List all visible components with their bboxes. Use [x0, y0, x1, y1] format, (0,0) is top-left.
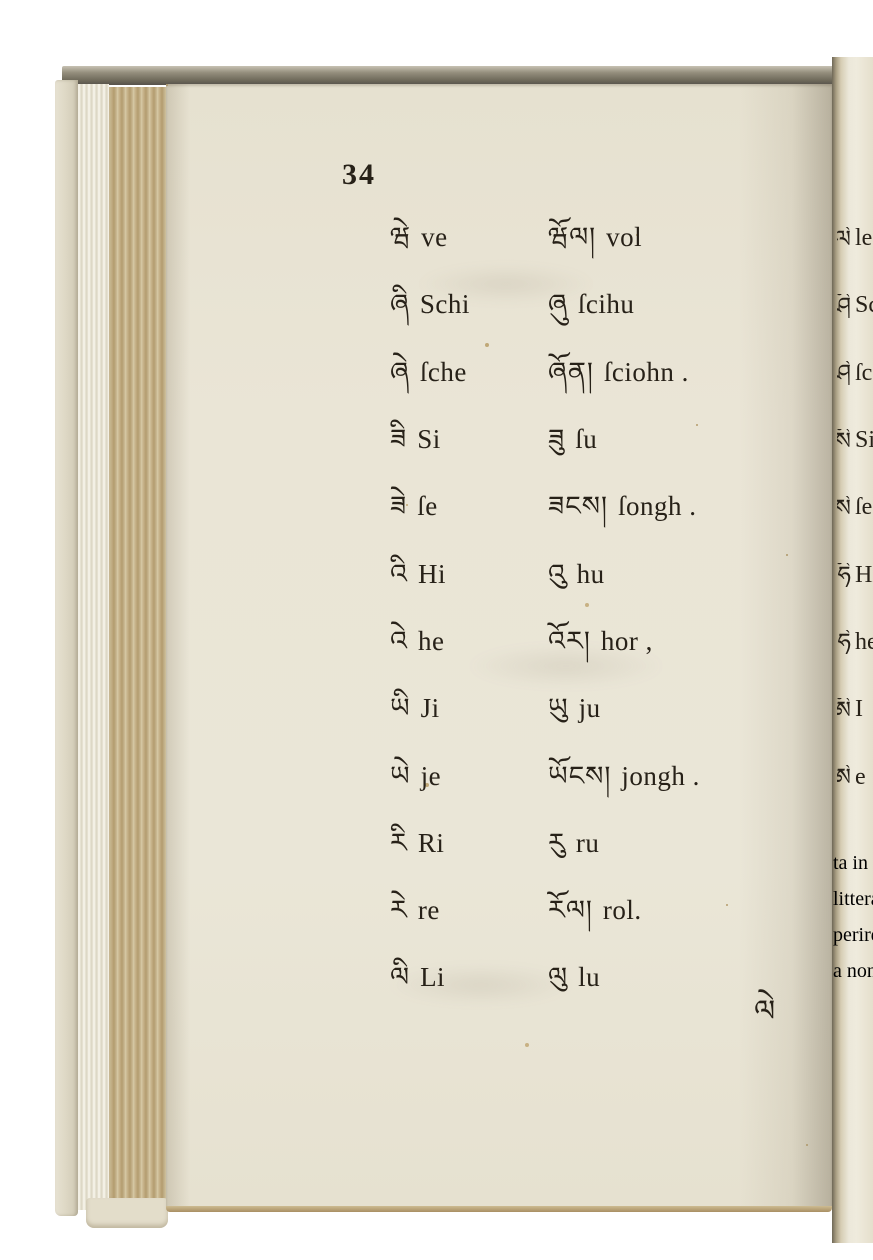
- latin-label: hu: [577, 559, 605, 590]
- book-page: 34 ཝེve ཝོལ།vol ཞིSchi ཞུſcihu ཞེſche ཞོ…: [166, 84, 832, 1208]
- latin-label: Sci: [855, 292, 873, 319]
- book-top-edge: [62, 66, 838, 85]
- latin-label: Schi: [420, 289, 470, 320]
- latin-label: le: [855, 225, 872, 252]
- latin-label: Si: [855, 427, 873, 454]
- tibetan-glyph: ལི: [390, 964, 410, 991]
- facing-row: ཤིSci: [837, 272, 873, 339]
- table-row: ཡེje ཡོངས།jongh .: [390, 742, 820, 809]
- tibetan-glyph: འུ: [548, 561, 567, 588]
- tibetan-glyph: ཟི: [390, 426, 407, 453]
- latin-label: Li: [420, 962, 445, 993]
- latin-label: ju: [579, 693, 601, 724]
- tibetan-glyph-fragment: ཤེ: [837, 361, 851, 385]
- tibetan-glyph: ལུ: [548, 964, 568, 991]
- tibetan-glyph: འོར།: [548, 628, 591, 655]
- latin-label: ſe: [855, 494, 872, 521]
- facing-page-rows: ལེle ཤིSci ཤེſce སིSi སེſe ཧིHi ཧེhe ཨིI…: [837, 205, 873, 811]
- table-row: འེhe འོར།hor ,: [390, 608, 820, 675]
- latin-label: ſongh .: [618, 491, 697, 522]
- latin-label: ſche: [420, 357, 467, 388]
- tibetan-glyph-fragment: སེ: [837, 496, 851, 520]
- latin-label: ſe: [417, 491, 438, 522]
- tibetan-glyph-fragment: ཨི: [837, 698, 851, 722]
- latin-label: jongh .: [621, 761, 700, 792]
- tibetan-glyph-fragment: ཨེ: [837, 765, 851, 789]
- table-row: ཟིSi ཟུſu: [390, 406, 820, 473]
- facing-row: སིSi: [837, 407, 873, 474]
- latin-label: ſce: [855, 360, 873, 387]
- latin-label: ſciohn .: [604, 357, 689, 388]
- tibetan-glyph: ཡེ: [390, 763, 411, 790]
- table-row: ཝེve ཝོལ།vol: [390, 204, 820, 271]
- text-fragment: a non: [833, 953, 873, 989]
- page-number: 34: [342, 158, 376, 192]
- inner-margin-shadow: [166, 84, 190, 1208]
- latin-label: ſcihu: [578, 289, 635, 320]
- latin-label: he: [855, 629, 873, 656]
- tibetan-glyph: ཟེ: [390, 493, 407, 520]
- tibetan-glyph-fragment: ཧེ: [837, 630, 851, 654]
- facing-page-text-fragments: ta in o litterae perire a non: [835, 845, 873, 989]
- latin-label: ve: [421, 222, 447, 253]
- tibetan-glyph-fragment: སི: [837, 429, 851, 453]
- latin-label: e: [855, 764, 866, 791]
- tibetan-glyph: ཝེ: [390, 224, 411, 251]
- tibetan-glyph: རི: [390, 830, 408, 857]
- table-row: ཞིSchi ཞུſcihu: [390, 271, 820, 338]
- latin-label: I: [855, 696, 863, 723]
- tibetan-glyph: ཞི: [390, 291, 410, 318]
- facing-row: ཧིHi: [837, 541, 873, 608]
- tibetan-glyph-fragment: ཤི: [837, 294, 851, 318]
- facing-row: སེſe: [837, 474, 873, 541]
- book-cover-edge: [55, 80, 78, 1216]
- tibetan-glyph: ཞོན།: [548, 359, 594, 386]
- latin-label: Ri: [418, 828, 445, 859]
- latin-label: ru: [576, 828, 600, 859]
- tibetan-glyph: ཡུ: [548, 695, 569, 722]
- page-block-edges: [78, 84, 109, 1210]
- table-row: རེre རོལ།rol.: [390, 877, 820, 944]
- tibetan-glyph: རུ: [548, 830, 566, 857]
- latin-label: Ji: [421, 693, 440, 724]
- facing-page-strip: ལེle ཤིSci ཤེſce སིSi སེſe ཧིHi ཧེhe ཨིI…: [832, 57, 873, 1243]
- tibetan-glyph: ཞུ: [548, 291, 568, 318]
- facing-row: ཧེhe: [837, 609, 873, 676]
- tibetan-glyph: རེ: [390, 897, 408, 924]
- latin-label: hor ,: [601, 626, 653, 657]
- text-fragment: perire: [833, 917, 873, 953]
- latin-label: vol: [606, 222, 642, 253]
- latin-label: je: [421, 761, 442, 792]
- table-row: ཡིJi ཡུju: [390, 675, 820, 742]
- latin-label: Hi: [855, 562, 873, 589]
- page-block-edges-tan: [109, 87, 167, 1207]
- catchword-glyph: ལེ: [754, 978, 775, 1062]
- page-bottom-edge: [166, 1206, 832, 1212]
- latin-label: Hi: [418, 559, 446, 590]
- facing-row: ལེle: [837, 205, 873, 272]
- tibetan-glyph: འེ: [390, 628, 408, 655]
- facing-row: ཤེſce: [837, 340, 873, 407]
- table-row: ཞེſche ཞོན།ſciohn .: [390, 339, 820, 406]
- table-row: ཟེſe ཟངས།ſongh .: [390, 473, 820, 540]
- tibetan-glyph-fragment: ལེ: [837, 227, 851, 251]
- tibetan-glyph: ཝོལ།: [548, 224, 596, 251]
- tibetan-glyph: ཟངས།: [548, 493, 608, 520]
- tibetan-glyph: ཡོངས།: [548, 763, 611, 790]
- latin-label: lu: [578, 962, 600, 993]
- tibetan-glyph: ཟུ: [548, 426, 565, 453]
- facing-row: ཨེe: [837, 743, 873, 810]
- paper-speckles: [166, 84, 168, 86]
- syllable-table: ཝེve ཝོལ།vol ཞིSchi ཞུſcihu ཞེſche ཞོན།ſ…: [390, 204, 820, 1012]
- latin-label: ſu: [575, 424, 597, 455]
- latin-label: rol.: [603, 895, 642, 926]
- book-cover-foot: [86, 1198, 168, 1228]
- text-fragment: litterae: [833, 881, 873, 917]
- tibetan-glyph: རོལ།: [548, 897, 593, 924]
- latin-label: he: [418, 626, 444, 657]
- latin-label: Si: [417, 424, 441, 455]
- text-fragment: ta in o: [833, 845, 873, 881]
- latin-label: re: [418, 895, 440, 926]
- table-row: འིHi འུhu: [390, 540, 820, 607]
- table-row: རིRi རུru: [390, 810, 820, 877]
- tibetan-glyph-fragment: ཧི: [837, 563, 851, 587]
- tibetan-glyph: འི: [390, 561, 408, 588]
- tibetan-glyph: ཡི: [390, 695, 411, 722]
- facing-row: ཨིI: [837, 676, 873, 743]
- tibetan-glyph: ཞེ: [390, 359, 410, 386]
